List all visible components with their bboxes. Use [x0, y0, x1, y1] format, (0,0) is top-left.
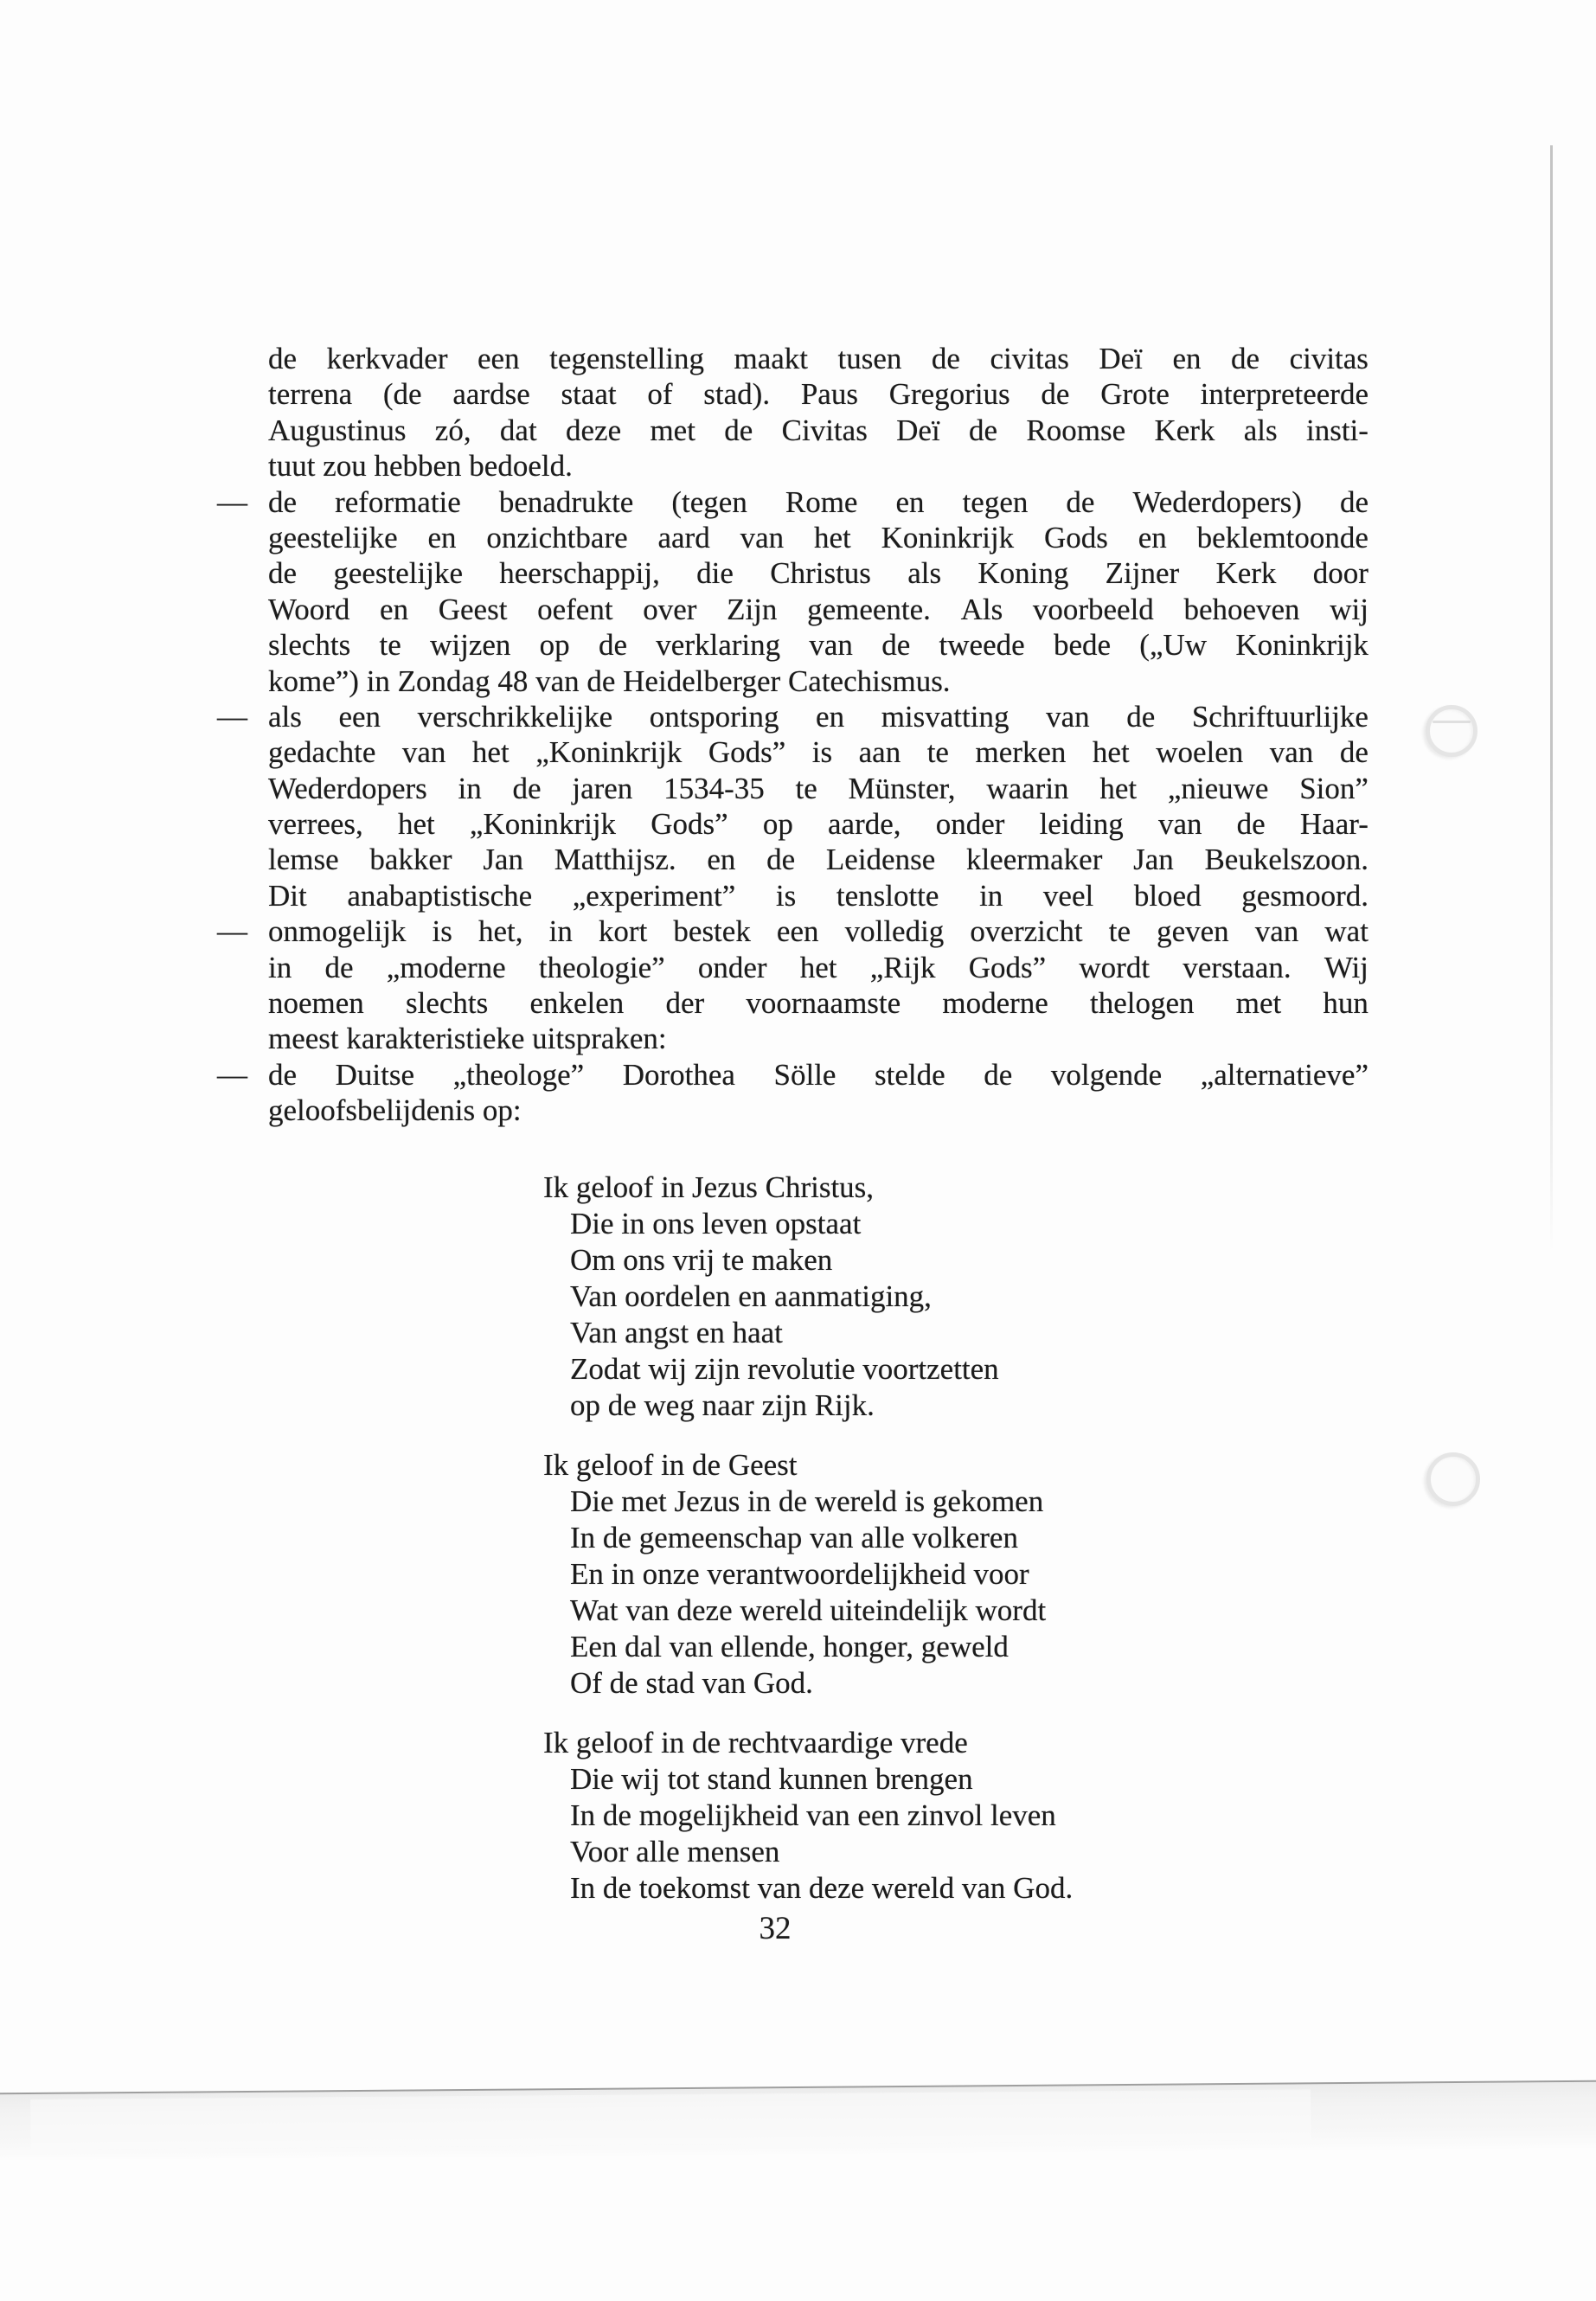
poem-line: Van angst en haat [543, 1315, 1073, 1351]
poem-stanza: Ik geloof in Jezus Christus,Die in ons l… [543, 1170, 1073, 1424]
page-number: 32 [732, 1910, 818, 1947]
text-line: WoordenGeestoefentoverZijngemeente.Alsvo… [268, 592, 1368, 627]
punch-hole-mark-bottom [1426, 1452, 1480, 1506]
scan-artifact-page-edge [0, 2080, 1596, 2161]
text-line: dereformatiebenadrukte(tegenRomeentegend… [268, 484, 1368, 520]
text-line: onmogelijkishet,inkortbestekeenvolledigo… [268, 913, 1368, 949]
list-dash: — [217, 484, 246, 520]
poem-line: Zodat wij zijn revolutie voortzetten [543, 1351, 1073, 1388]
book-page: dekerkvadereentegenstellingmaakttusendec… [0, 0, 1596, 2301]
text-line: noemenslechtsenkelendervoornaamstemodern… [268, 985, 1368, 1021]
text-line: dekerkvadereentegenstellingmaakttusendec… [268, 341, 1368, 376]
poem-line: Wat van deze wereld uiteindelijk wordt [543, 1593, 1073, 1629]
text-line: geloofsbelijdenis op: [268, 1093, 1368, 1128]
punch-hole-mark-top [1426, 705, 1477, 757]
poem-stanza: Ik geloof in de GeestDie met Jezus in de… [543, 1447, 1073, 1702]
text-line: meest karakteristieke uitspraken: [268, 1021, 1368, 1056]
poem-line: Ik geloof in Jezus Christus, [543, 1170, 1073, 1206]
poem-line: Ik geloof in de Geest [543, 1447, 1073, 1484]
poem-line: In de gemeenschap van alle volkeren [543, 1520, 1073, 1556]
text-line: alseenverschrikkelijkeontsporingenmisvat… [268, 699, 1368, 734]
text-line: geestelijkeenonzichtbareaardvanhetKonink… [268, 520, 1368, 555]
list-dash: — [217, 1057, 246, 1093]
poem-line: Die wij tot stand kunnen brengen [543, 1761, 1073, 1798]
text-line: Wederdopersindejaren1534-35teMünster,waa… [268, 771, 1368, 806]
text-line: lemsebakkerJanMatthijsz.endeLeidenseklee… [268, 842, 1368, 877]
text-line: inde„modernetheologie”onderhet„RijkGods”… [268, 950, 1368, 985]
text-line: gedachtevanhet„KoninkrijkGods”isaantemer… [268, 734, 1368, 770]
poem-line: Van oordelen en aanmatiging, [543, 1279, 1073, 1315]
text-block: dekerkvadereentegenstellingmaakttusendec… [268, 341, 1368, 484]
list-dash: — [217, 913, 246, 949]
list-dash: — [217, 699, 246, 734]
text-line: tuut zou hebben bedoeld. [268, 448, 1368, 484]
poem-line: Die met Jezus in de wereld is gekomen [543, 1484, 1073, 1520]
poem-line: In de mogelijkheid van een zinvol leven [543, 1798, 1073, 1834]
poem-line: Voor alle mensen [543, 1834, 1073, 1870]
creed-poem: Ik geloof in Jezus Christus,Die in ons l… [543, 1170, 1073, 1930]
poem-line: Ik geloof in de rechtvaardige vrede [543, 1725, 1073, 1761]
body-text: dekerkvadereentegenstellingmaakttusendec… [268, 341, 1368, 1129]
text-line: Augustinuszó,datdezemetdeCivitasDeïdeRoo… [268, 413, 1368, 448]
text-line: verrees,het„KoninkrijkGods”opaarde,onder… [268, 806, 1368, 842]
text-line: slechtstewijzenopdeverklaringvandetweede… [268, 627, 1368, 663]
poem-line: Een dal van ellende, honger, geweld [543, 1629, 1073, 1665]
text-line: degeestelijkeheerschappij,dieChristusals… [268, 555, 1368, 591]
text-block: —deDuitse„theologe”DorotheaSöllesteldede… [268, 1057, 1368, 1129]
poem-line: Die in ons leven opstaat [543, 1206, 1073, 1242]
text-block: —dereformatiebenadrukte(tegenRomeentegen… [268, 484, 1368, 699]
poem-stanza: Ik geloof in de rechtvaardige vredeDie w… [543, 1725, 1073, 1907]
poem-line: En in onze verantwoordelijkheid voor [543, 1556, 1073, 1593]
poem-line: Om ons vrij te maken [543, 1242, 1073, 1279]
text-line: Ditanabaptistische„experiment”istenslott… [268, 878, 1368, 913]
poem-line: op de weg naar zijn Rijk. [543, 1388, 1073, 1424]
scan-artifact-page-edge-highlight [30, 2089, 1311, 2150]
text-line: terrena(deaardsestaatofstad).PausGregori… [268, 376, 1368, 412]
scan-artifact-vertical-line [1550, 145, 1553, 1251]
text-line: deDuitse„theologe”DorotheaSöllesteldedev… [268, 1057, 1368, 1093]
poem-line: In de toekomst van deze wereld van God. [543, 1870, 1073, 1907]
text-line: kome”) in Zondag 48 van de Heidelberger … [268, 663, 1368, 699]
text-block: —onmogelijkishet,inkortbestekeenvolledig… [268, 913, 1368, 1057]
poem-line: Of de stad van God. [543, 1665, 1073, 1702]
text-block: —alseenverschrikkelijkeontsporingenmisva… [268, 699, 1368, 913]
